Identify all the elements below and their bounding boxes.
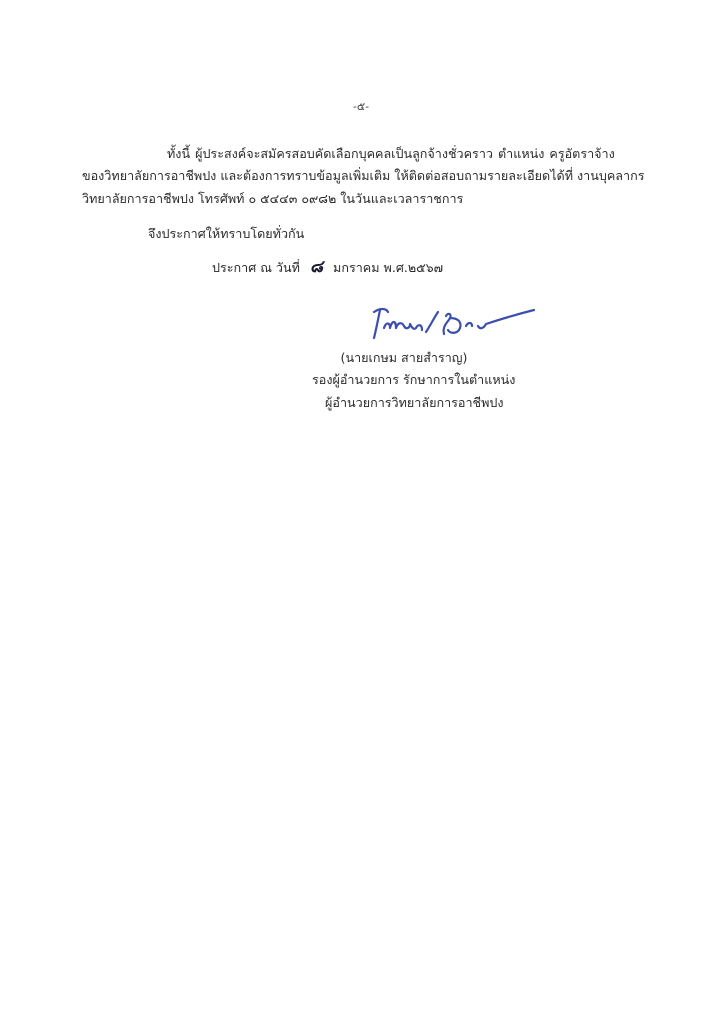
date-month-year: มกราคม พ.ศ.๒๕๖๗ <box>333 260 443 275</box>
page-number: -๕- <box>0 99 722 115</box>
paragraph-line-3: วิทยาลัยการอาชีพปง โทรศัพท์ ๐ ๕๔๔๓ ๐๙๘๒ … <box>82 191 463 207</box>
signature-image <box>368 298 538 348</box>
handwritten-day: ๘ <box>310 259 323 275</box>
announcement-text: จึงประกาศให้ทราบโดยทั่วกัน <box>148 226 304 242</box>
paragraph-line-1: ทั้งนี้ ผู้ประสงค์จะสมัครสอบคัดเลือกบุคค… <box>167 146 615 162</box>
signatory-position-2: ผู้อำนวยการวิทยาลัยการอาชีพปง <box>325 395 504 411</box>
paragraph-line-2: ของวิทยาลัยการอาชีพปง และต้องการทราบข้อม… <box>82 168 644 184</box>
date-prefix: ประกาศ ณ วันที่ <box>212 260 300 275</box>
signatory-name: (นายเกษม สายสำราญ) <box>0 350 722 366</box>
announcement-date: ประกาศ ณ วันที่ ๘ มกราคม พ.ศ.๒๕๖๗ <box>212 259 443 276</box>
signatory-position-1: รองผู้อำนวยการ รักษาการในตำแหน่ง <box>312 372 515 388</box>
